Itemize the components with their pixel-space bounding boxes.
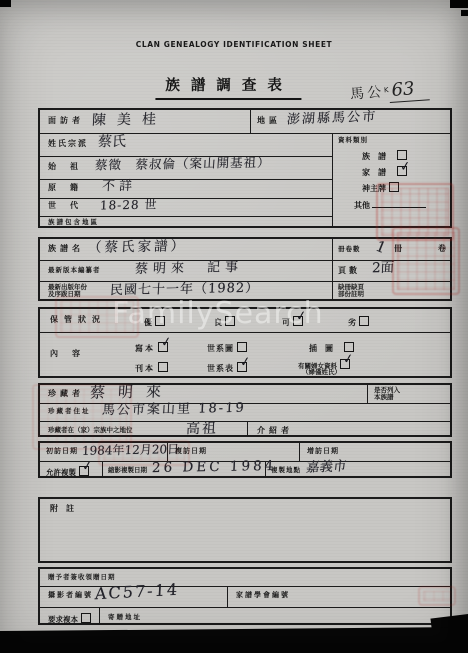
checkmark-icon: ✓ — [239, 355, 253, 371]
publication-year-value: 民國七十一年（1982） — [110, 282, 260, 298]
checkbox-icon: ✓ — [158, 342, 168, 352]
red-seal-stamp — [392, 227, 460, 295]
red-seal-stamp — [98, 440, 190, 466]
surname-value: 蔡氏 — [98, 135, 127, 149]
condition-option-fair: 可✓ — [282, 316, 303, 328]
listed-in-genealogy-label: 是否列入 本族譜 — [374, 387, 400, 401]
film-edge-mark — [461, 10, 468, 16]
divider — [40, 179, 332, 180]
film-edge-mark — [450, 0, 468, 8]
checkbox-icon: ✓ — [155, 316, 165, 326]
content-label: 內容 — [50, 350, 94, 359]
compiler-value: 蔡明來 記事 — [135, 261, 244, 276]
content-item-pedigree-table: 世系表✓ — [207, 362, 247, 374]
category-item-label: 族譜 — [362, 152, 394, 161]
area-label: 地區 — [257, 117, 281, 126]
origin-label: 原籍 — [48, 184, 92, 193]
checkbox-icon: ✓ — [79, 466, 89, 476]
checkmark-icon: ✓ — [342, 352, 355, 368]
divider — [299, 443, 300, 461]
checkmark-icon: ✓ — [399, 159, 420, 176]
area-value: 澎湖縣馬公市 — [286, 110, 377, 126]
film-edge-bar — [0, 627, 468, 653]
checkbox-icon: ✓ — [237, 362, 247, 372]
copy-permission-option: 允許複製✓ — [46, 466, 89, 477]
section-filing: 贈予者簽收領贈日期 攝影者編號 AC57-14 家譜學會編號 要求複本✓ 寄贈地… — [38, 567, 452, 625]
checkbox-icon: ✓ — [359, 316, 369, 326]
missing-pages-label: 缺冊缺頁 部份註明 — [338, 284, 364, 298]
first-ancestor-label: 始祖 — [48, 163, 92, 172]
content-item-pedigree-chart: 世系圖✓ — [207, 342, 247, 354]
volumes-label: 冊卷數 — [338, 246, 361, 253]
mailing-address-label: 寄贈地址 — [108, 614, 142, 621]
checkmark-icon: ✓ — [295, 309, 308, 325]
copy-place-label: 複製地點 — [271, 467, 301, 474]
divider — [250, 110, 251, 133]
checkbox-icon: ✓ — [340, 359, 350, 369]
copy-place-value: 嘉義市 — [305, 460, 347, 475]
film-number-handwriting: 63 — [388, 77, 429, 103]
checkbox-icon: ✓ — [225, 316, 235, 326]
film-location-handwriting: 馬公 — [350, 84, 385, 102]
english-title: CLAN GENEALOGY IDENTIFICATION SHEET — [0, 40, 468, 49]
first-ancestor-value: 蔡徵 蔡叔倫（案山開基祖） — [95, 156, 271, 172]
photographer-number-value: AC57-14 — [94, 582, 179, 602]
category-item-label: 家譜 — [362, 168, 394, 177]
scanned-genealogy-sheet: CLAN GENEALOGY IDENTIFICATION SHEET 族譜調查… — [0, 0, 468, 653]
chinese-title: 族譜調查表 — [155, 74, 301, 100]
interviewer-value: 陳美桂 — [92, 112, 168, 127]
genealogy-title-label: 族譜名 — [48, 245, 84, 254]
coverage-label: 族譜包含地區 — [48, 219, 99, 226]
copy-request-option: 要求複本✓ — [48, 613, 91, 624]
section-notes: 附註 — [38, 497, 452, 563]
genealogy-title-value: （蔡氏家譜） — [88, 240, 188, 255]
checkmark-icon: ✓ — [81, 459, 94, 475]
divider — [99, 607, 100, 625]
condition-option-poor: 劣✓ — [348, 316, 369, 328]
interviewer-label: 面訪者 — [48, 117, 84, 126]
category-other-label: 其他 — [354, 201, 370, 210]
donation-receipt-label: 贈予者簽收領贈日期 — [48, 574, 116, 581]
origin-value: 不詳 — [102, 180, 137, 194]
divider — [332, 239, 333, 299]
pages-label: 頁數 — [338, 267, 360, 276]
generations-value: 18-28 世 — [100, 198, 158, 211]
condition-option-excellent: 優✓ — [144, 316, 165, 328]
red-seal-stamp — [55, 296, 139, 338]
surname-label: 姓氏宗派 — [48, 140, 88, 149]
compiler-label: 最新版本編纂者 — [48, 267, 101, 274]
condition-option-good: 良✓ — [214, 316, 235, 328]
section-publication: 族譜名 （蔡氏家譜） 冊卷數 1 冊 卷 最新版本編纂者 蔡明來 記事 頁數 2… — [38, 237, 452, 301]
divider — [332, 133, 333, 226]
women-data-note: （婦僅姓氏） — [302, 369, 341, 376]
microfilm-date-label: 縮影複製日期 — [108, 467, 147, 474]
checkmark-icon: ✓ — [160, 335, 175, 351]
category-item-family-genealogy: 家譜✓ — [362, 166, 407, 178]
film-edge-mark — [0, 0, 11, 7]
red-seal-stamp — [418, 586, 456, 606]
additional-visit-label: 增訪日期 — [307, 448, 339, 456]
society-number-label: 家譜學會編號 — [236, 592, 290, 600]
owner-position-value: 高祖 — [186, 422, 219, 437]
divider — [227, 586, 228, 607]
divider — [40, 607, 450, 608]
film-number-annotation: 馬公K63 — [349, 77, 429, 103]
checkbox-icon: ✓ — [237, 342, 247, 352]
notes-label: 附註 — [50, 505, 82, 514]
divider — [247, 421, 248, 437]
content-item-printed: 刊本✓ — [135, 362, 168, 374]
content-item-manuscript: 寫本✓ — [135, 342, 168, 354]
divider — [40, 198, 332, 199]
category-label: 資料類別 — [338, 137, 368, 144]
volumes-value: 1 — [374, 239, 388, 256]
checkbox-icon: ✓ — [81, 613, 91, 623]
checkbox-icon: ✓ — [293, 316, 303, 326]
checkbox-icon: ✓ — [397, 166, 407, 176]
photographer-number-label: 攝影者編號 — [48, 592, 93, 600]
checkbox-icon: ✓ — [158, 362, 168, 372]
divider — [40, 216, 332, 217]
introducer-label: 介紹者 — [257, 427, 293, 436]
generations-label: 世代 — [48, 202, 92, 211]
divider — [367, 385, 368, 403]
